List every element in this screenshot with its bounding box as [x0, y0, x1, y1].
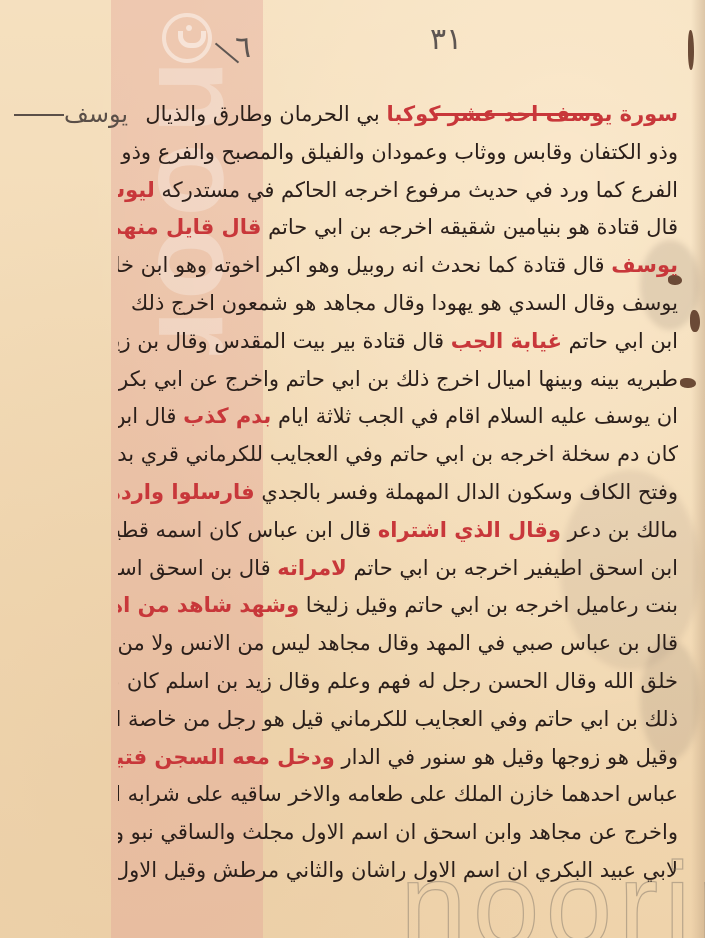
text-line: بنت رعاميل اخرجه بن ابي حاتم وقيل زليخا … [118, 587, 678, 625]
text: قال قتادة بير بيت المقدس وقال بن زيد بحذ… [118, 329, 451, 353]
text: قال ابن عباس [118, 404, 183, 428]
text: بنت رعاميل اخرجه بن ابي حاتم وقيل زليخا [299, 593, 678, 617]
text: وفتح الكاف وسكون الدال المهملة وفسر بالج… [255, 480, 678, 504]
rubric: وشهد شاهد من اهلها [118, 593, 299, 617]
folio-number: ٣١ [430, 22, 462, 57]
text-line: طبريه بينه وبينها اميال اخرج ذلك بن ابي … [118, 361, 678, 399]
text-line: واخرج عن مجاهد وابن اسحق ان اسم الاول مج… [118, 814, 678, 852]
text: ان يوسف عليه السلام اقام في الجب ثلاثة ا… [271, 404, 678, 428]
text: ابن ابي حاتم [562, 329, 678, 353]
text-line: وفتح الكاف وسكون الدال المهملة وفسر بالج… [118, 474, 678, 512]
text: قال قتادة هو بنيامين شقيقه اخرجه بن ابي … [261, 215, 678, 239]
text: بي الحرمان وطارق والذيال [145, 102, 386, 126]
text: قال بن عباس صبي في المهد وقال مجاهد ليس … [118, 631, 678, 655]
text-line: يوسف قال قتادة كما نحدث انه روبيل وهو اك… [118, 247, 678, 285]
rubric: لامراته [277, 556, 347, 580]
text: الفرع كما ورد في حديث مرفوع اخرجه الحاكم… [155, 178, 678, 202]
text-line: عباس احدهما خازن الملك على طعامه والاخر … [118, 776, 678, 814]
text-line: قال بن عباس صبي في المهد وقال مجاهد ليس … [118, 625, 678, 663]
page-edge-shadow [691, 0, 705, 938]
text: عباس احدهما خازن الملك على طعامه والاخر … [118, 782, 678, 806]
margin-note: يوسف [14, 100, 128, 128]
text-line: ذلك بن ابي حاتم وفي العجايب للكرماني قيل… [118, 701, 678, 739]
text-line: ان يوسف عليه السلام اقام في الجب ثلاثة ا… [118, 398, 678, 436]
text-line: كان دم سخلة اخرجه بن ابي حاتم وفي العجاي… [118, 436, 678, 474]
text: قال بن اسحق اسمها راعيل [118, 556, 277, 580]
worm-hole [688, 30, 694, 70]
text-line: مالك بن دعر وقال الذي اشتراه قال ابن عبا… [118, 512, 678, 550]
text-line: وقيل هو زوجها وقيل هو سنور في الدار ودخل… [118, 739, 678, 777]
text-line: قال قتادة هو بنيامين شقيقه اخرجه بن ابي … [118, 209, 678, 247]
margin-note-tail [14, 114, 64, 116]
text-line: خلق الله وقال الحسن رجل له فهم وعلم وقال… [118, 663, 678, 701]
text-line: ابن اسحق اطيفير اخرجه بن ابي حاتم لامرات… [118, 550, 678, 588]
text-line: يوسف وقال السدي هو يهودا وقال مجاهد هو ش… [118, 285, 678, 323]
text: ابن اسحق اطيفير اخرجه بن ابي حاتم [347, 556, 678, 580]
rubric: فارسلوا واردهم [118, 480, 255, 504]
worm-hole [690, 310, 700, 332]
text: يوسف وقال السدي هو يهودا وقال مجاهد هو ش… [131, 291, 678, 315]
text: واخرج عن مجاهد وابن اسحق ان اسم الاول مج… [118, 820, 678, 844]
text-line: الفرع كما ورد في حديث مرفوع اخرجه الحاكم… [118, 172, 678, 210]
text: وقيل هو زوجها وقيل هو سنور في الدار [335, 745, 678, 769]
text-line: سورة يوسف احد عشر كوكبا بي الحرمان وطارق… [118, 96, 678, 134]
text: طبريه بينه وبينها اميال اخرج ذلك بن ابي … [118, 367, 678, 391]
rubric: غيابة الجب [451, 329, 562, 353]
watermark-logo-icon [162, 13, 212, 63]
text: قال ابن عباس كان اسمه قطيفير وقال [118, 518, 378, 542]
text: وذو الكتفان وقابس ووثاب وعمودان والفيلق … [121, 140, 678, 164]
manuscript-text: سورة يوسف احد عشر كوكبا بي الحرمان وطارق… [118, 96, 678, 890]
text-line: وذو الكتفان وقابس ووثاب وعمودان والفيلق … [118, 134, 678, 172]
text: ذلك بن ابي حاتم وفي العجايب للكرماني قيل… [118, 707, 678, 731]
rubric: يوسف [611, 253, 678, 277]
text: قال قتادة كما نحدث انه روبيل وهو اكبر اخ… [118, 253, 611, 277]
text-line: ابن ابي حاتم غيابة الجب قال قتادة بير بي… [118, 323, 678, 361]
watermark-text: noorin [400, 855, 705, 938]
rubric: بدم كذب [183, 404, 271, 428]
worm-hole [680, 378, 696, 388]
text: كان دم سخلة اخرجه بن ابي حاتم وفي العجاي… [118, 442, 678, 466]
rubric: وقال الذي اشتراه [378, 518, 561, 542]
text: خلق الله وقال الحسن رجل له فهم وعلم وقال… [118, 669, 678, 693]
rubric: سورة يوسف احد عشر كوكبا [386, 102, 678, 126]
manuscript-page: noor ٣١ ٦ يوسف سورة يوسف احد عشر كوكبا ب… [0, 0, 705, 938]
rubric: قال قايل منهم لا تقتلوا [118, 215, 261, 239]
text: مالك بن دعر [561, 518, 678, 542]
rubric: ودخل معه السجن فتيان [118, 745, 335, 769]
rubric: ليوسف واخوه [118, 178, 155, 202]
